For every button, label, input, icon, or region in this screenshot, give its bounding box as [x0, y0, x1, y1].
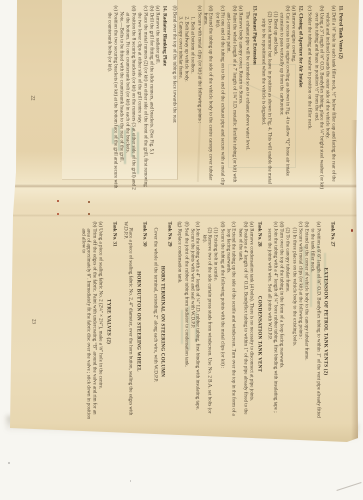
paragraph: (d) Position the 8 securing brackets (or… [124, 5, 135, 190]
task-header: Task No. 28CONDENSATION TANK VENT [255, 221, 261, 421]
paragraph: (b) Extend up the corner of vehicle body… [303, 221, 308, 421]
paragraph: (b) Trim off the edges of the fabric. Pa… [80, 221, 96, 421]
left-page-content: 11. Petrol Tank Vents (2)(a) Drill a ⅛″ … [106, 5, 342, 190]
intro-paragraph: The exhaust pipe will be extended so as … [243, 5, 248, 190]
paragraph: (e) Secure with metal clips (or kit) at … [195, 5, 200, 190]
photo-of-open-book: 11. Petrol Tank Vents (2)(a) Drill a ⅛″ … [0, 0, 363, 500]
section-heading: 13. Exhaust Pipe Extension [250, 5, 256, 190]
intro-paragraph: Place a piece of sealing fabric No. 2, 4… [121, 221, 132, 421]
paragraph: (1) Existing bolt in scuttle. [212, 221, 217, 421]
paragraph: (g) Replace condensation tank. [176, 221, 181, 421]
paragraph: (a) Using a piece of sealing fabric No. … [97, 221, 102, 421]
paragraph: (1) Bend up and back. [272, 5, 277, 190]
paragraph: (b) Position a 4′ length of ⅛″ O.D. Bund… [236, 221, 247, 421]
section-heading: 14. Radiator Blanking Plate [161, 5, 167, 190]
paragraph: (a) Position a 6′ 6″ length of ⅛″ O.D. B… [309, 221, 320, 421]
paragraph: 2. Bolt halfway up vehicle body. [183, 5, 188, 190]
paragraph: (f) Seal the joint of the rubber tubing … [182, 221, 187, 421]
task-number: Task No. 31 [111, 221, 117, 421]
paragraph: (2) Do not hammer but leave in position … [260, 5, 271, 190]
task-title: HORN BUTTON ON STEERING WHEEL [134, 221, 140, 421]
task-number: Task No. 27 [328, 221, 334, 421]
paragraph: (a) Remove condensation tank (4 bolts). … [248, 221, 253, 421]
task-title: HORN TERMINAL ON STEERING COLUMN [159, 221, 165, 421]
task-title: TYRE VALVES (2) [104, 221, 110, 421]
paragraph: (e) Position the two securing brackets (… [106, 5, 117, 190]
paragraph: (2) Remove two of the side curtain press… [200, 221, 211, 421]
paragraph: (a) Remove the radiator grill. [154, 5, 159, 190]
paragraph: (2) To the canopy tubular frame. [284, 221, 289, 421]
page-number: 23 [30, 221, 35, 421]
paragraph: (e) Join the tubing with a 4″ length of … [266, 221, 277, 421]
paragraph: 3. Canopy cover tubular frame. [177, 5, 182, 190]
paragraph: (b) Using a 3″ length of ⅛″ O.D. Bundyfl… [312, 5, 323, 190]
right-book-page: Task No. 27EXTENSION OF PETROL TANK VENT… [12, 215, 357, 433]
page-number: 22 [29, 5, 34, 190]
paragraph: (e) Join the tubing with a 4″ length of … [188, 221, 199, 421]
dust-speck [130, 480, 131, 482]
task-title: EXTENSION OF PETROL TANK VENTS (2) [322, 221, 328, 421]
paragraph: (b) Paint the whole length of a 7′ lengt… [225, 5, 236, 190]
paragraph: Note.—Bolts to be fitted with the counte… [118, 5, 123, 190]
dust-speck [8, 462, 10, 464]
paragraph: (c) Secure with metal clips (or kit) at … [296, 221, 301, 421]
paragraph: (d) Extend the tubing up the side of the… [202, 5, 213, 190]
task-title: CONDENSATION TANK VENT [255, 246, 261, 421]
paragraph: 1. Bolt at bottom of toolbox. [189, 5, 194, 190]
paragraph: (f) Bend over the top of the tubing to f… [170, 5, 175, 190]
pencil-scratch [336, 482, 361, 491]
paragraph: (c) Solder the tubing and washer in posi… [306, 5, 311, 190]
red-cover-edge [7, 0, 16, 172]
intro-paragraph: Cover the whole of the terminal, extendi… [151, 221, 156, 421]
paragraph: (b) Cut a recess in the engine cowling a… [278, 5, 289, 190]
right-page-content: Task No. 27EXTENSION OF PETROL TANK VENT… [80, 221, 334, 421]
section-heading: 12. Closing of Aperture for Air Intake [297, 5, 303, 190]
task-number: Task No. 30 [141, 221, 147, 421]
paragraph: (a) Remove engine cowling. [290, 5, 295, 190]
paragraph: (c) Extend the tubing up the side of the… [224, 221, 235, 421]
paragraph: (c) Fit one end of the tubing on to the … [213, 5, 224, 190]
task-number: Task No. 29 [165, 221, 171, 421]
paragraph: (a) Drill a ⅛″ hole in each tank filler … [324, 5, 335, 190]
open-book: 11. Petrol Tank Vents (2)(a) Drill a ⅛″ … [0, 0, 363, 446]
task-number: Task No. 28 [255, 221, 261, 246]
paragraph: (c) Place the metal runners (2) (or kit)… [136, 5, 147, 190]
paragraph: (1) In three places on the vehicle body … [290, 221, 295, 421]
paragraph: (d) Turn over the top of the tubing in t… [278, 221, 283, 421]
paragraph: (d) Secure the tubing at the following p… [218, 221, 223, 421]
dust-speck [351, 229, 353, 232]
paragraph: (b) Drill the grill for fitting of the s… [147, 5, 152, 190]
section-heading: 11. Petrol Tank Vents (2) [336, 5, 342, 190]
paragraph: (a) Remove body canopy cover. Return to … [237, 5, 242, 190]
left-book-page: 11. Petrol Tank Vents (2)(a) Drill a ⅛″ … [15, 0, 360, 206]
